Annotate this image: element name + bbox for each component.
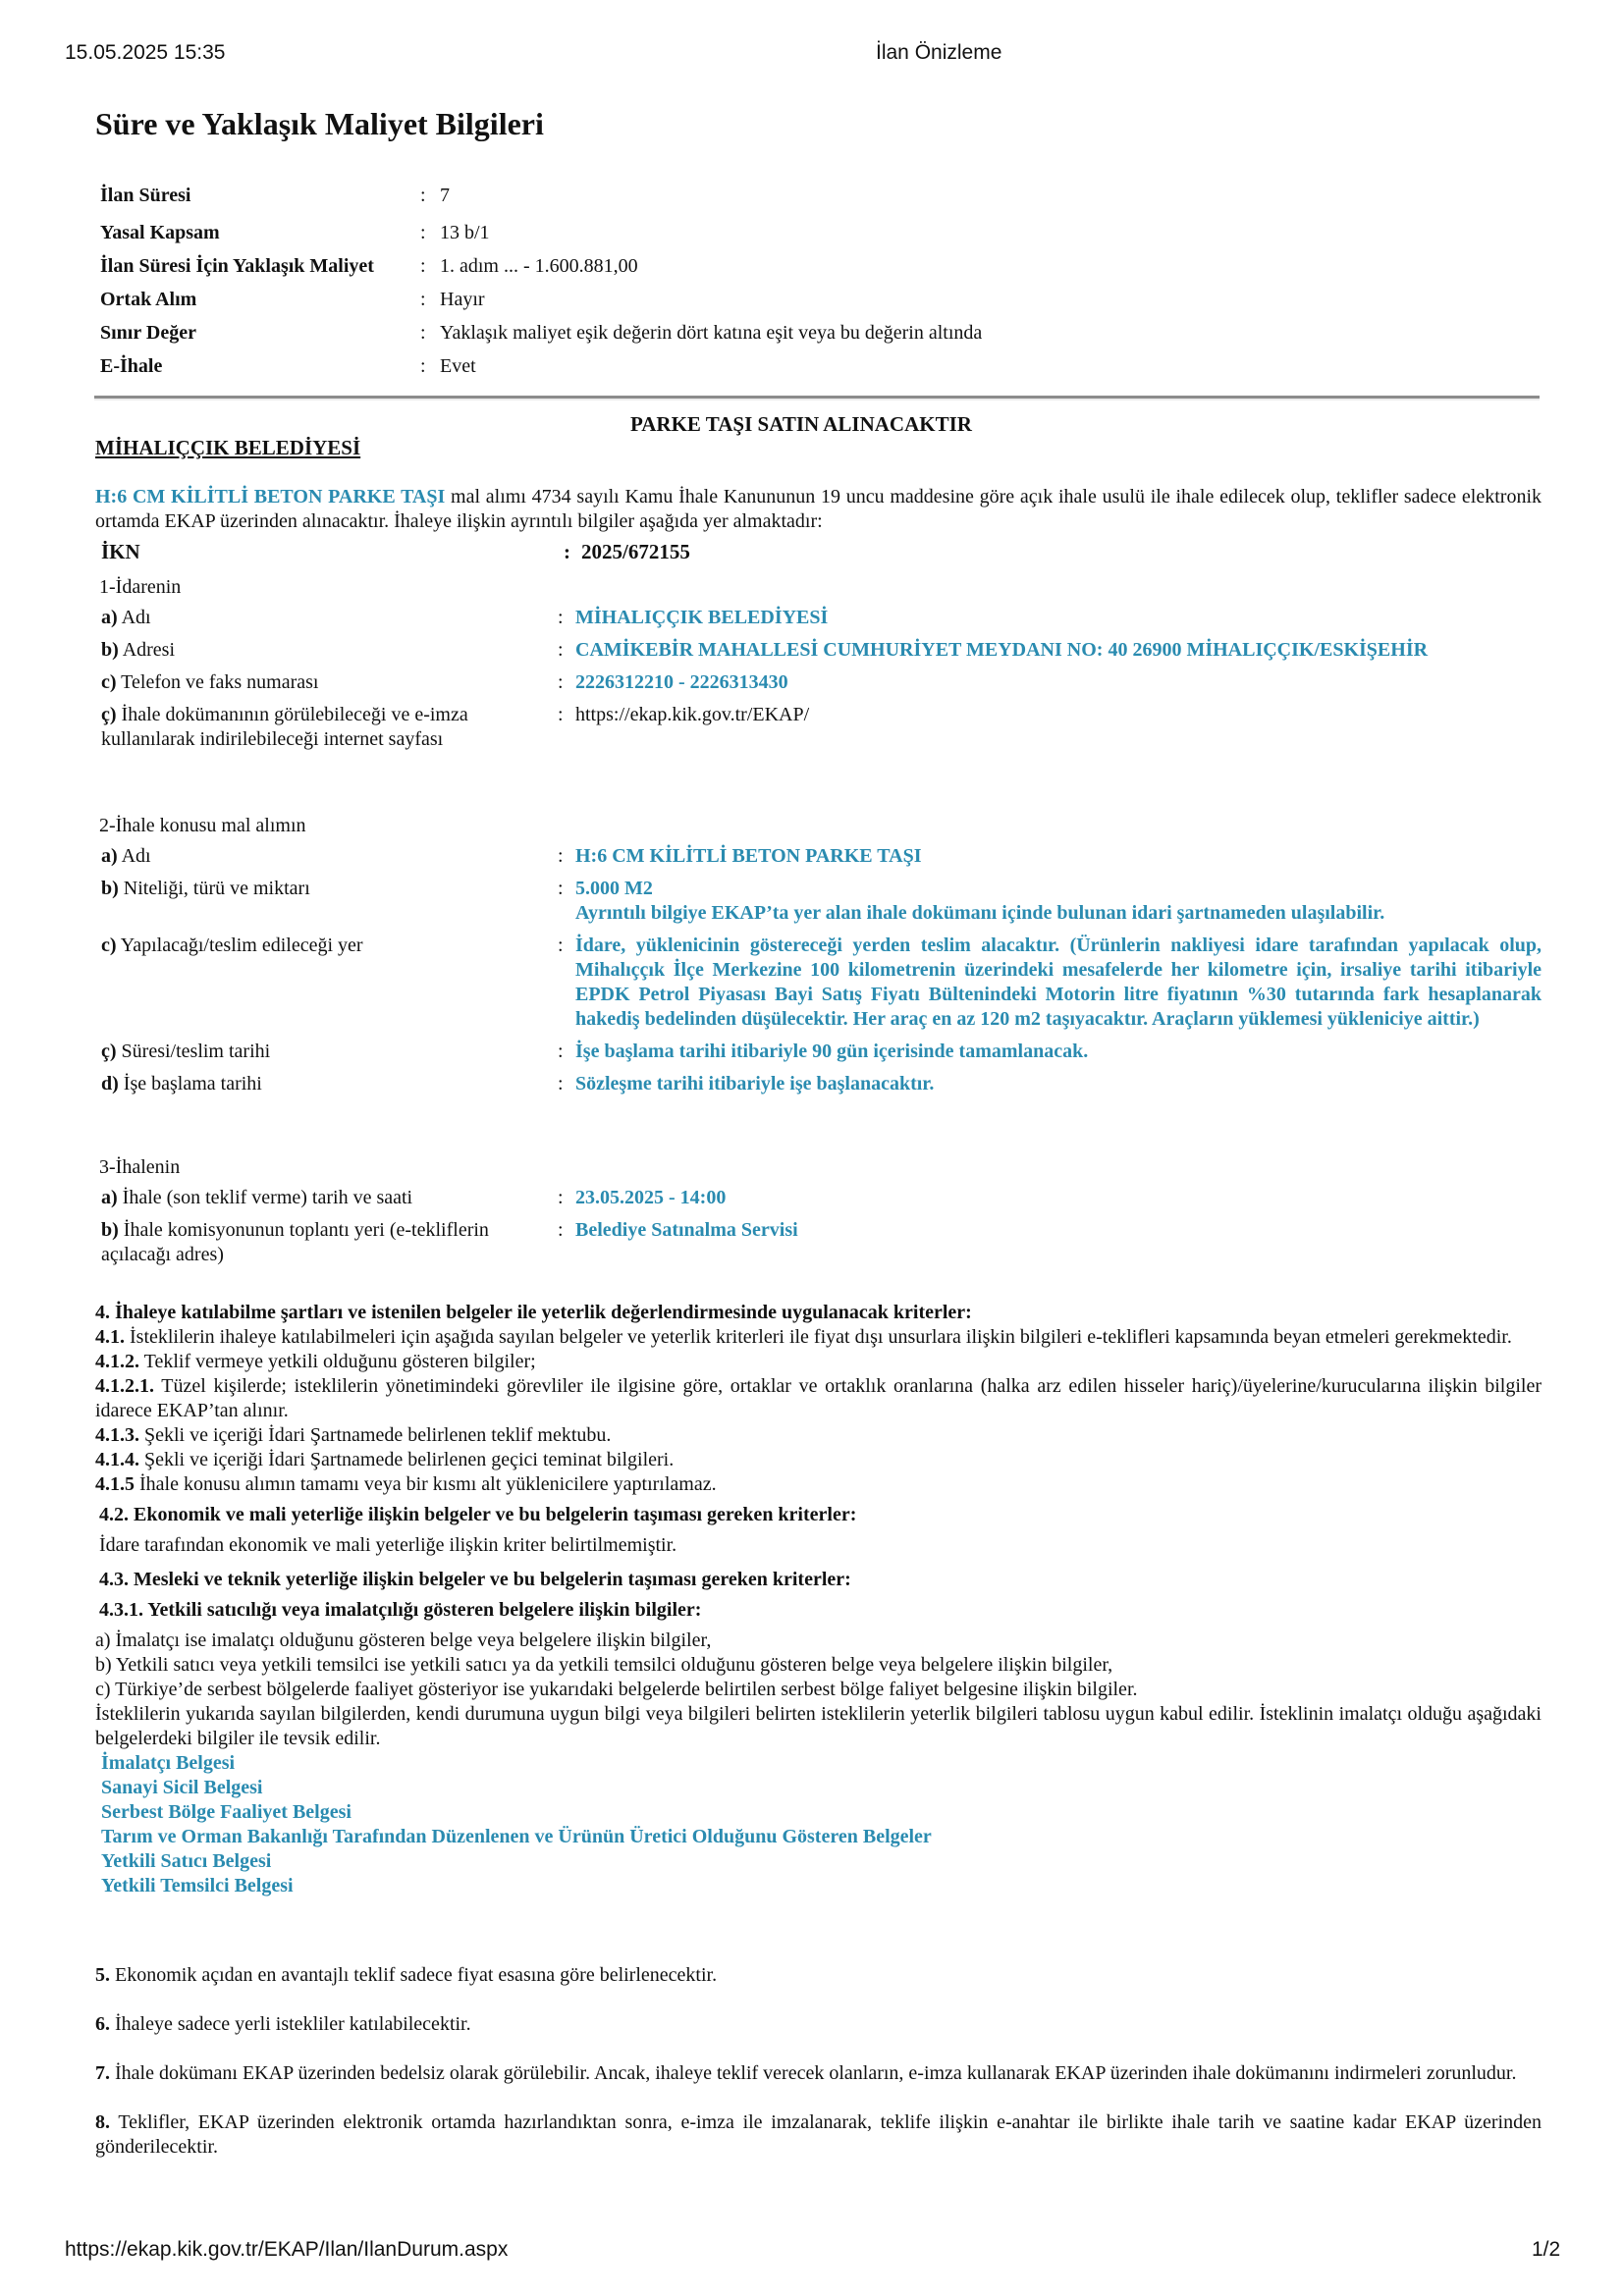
colon: :	[558, 1186, 575, 1210]
item-prefix: a)	[101, 607, 118, 628]
print-page-number: 1/2	[1532, 2238, 1560, 2262]
colon: :	[558, 703, 575, 752]
section-3: 3-İhalenin a) İhale (son teklif verme) t…	[95, 1152, 1542, 1271]
section-title: 2-İhale konusu mal alımın	[95, 811, 1542, 840]
colon: :	[558, 638, 575, 663]
section-item: d) İşe başlama tarihi:Sözleşme tarihi it…	[95, 1068, 1542, 1100]
item-prefix: ç)	[101, 1041, 117, 1062]
clause-number: 8.	[95, 2111, 110, 2133]
clause: 7. İhale dokümanı EKAP üzerinden bedelsi…	[95, 2061, 1542, 2086]
clause-text: Tüzel kişilerde; isteklilerin yönetimind…	[95, 1375, 1542, 1421]
clause-number: 4.1.3.	[95, 1424, 139, 1446]
ikn-row: İKN:2025/672155	[95, 537, 1542, 566]
section-item: ç) Süresi/teslim tarihi:İşe başlama tari…	[95, 1036, 1542, 1068]
criteria-line: b) Yetkili satıcı veya yetkili temsilci …	[95, 1653, 1542, 1678]
colon: :	[558, 877, 575, 926]
section-1: İKN:2025/672155 1-İdarenin a) Adı:MİHALI…	[95, 537, 1542, 756]
colon: :	[558, 934, 575, 1032]
section-4-3-heading: 4.3. Mesleki ve teknik yeterliğe ilişkin…	[95, 1568, 1542, 1592]
item-label-text: Yapılacağı/teslim edileceği yer	[117, 934, 363, 956]
item-prefix: d)	[101, 1073, 119, 1095]
summary-row: Ortak Alım:Hayır	[100, 283, 1180, 316]
section-title: 1-İdarenin	[95, 572, 1542, 602]
summary-value: 1. adım ... - 1.600.881,00	[440, 255, 1180, 278]
clause: 5. Ekonomik açıdan en avantajlı teklif s…	[95, 1963, 1542, 1988]
colon: :	[558, 1072, 575, 1096]
colon: :	[558, 606, 575, 630]
item-label-text: Adı	[118, 845, 151, 867]
clause: 4.1. İsteklilerin ihaleye katılabilmeler…	[95, 1325, 1542, 1350]
clause-number: 6.	[95, 2013, 110, 2035]
heading-number: 4.	[95, 1302, 110, 1323]
summary-table: İlan Süresi:7 Yasal Kapsam:13 b/1 İlan S…	[100, 175, 1180, 383]
colon: :	[420, 255, 440, 278]
section-4: 4. İhaleye katılabilme şartları ve isten…	[95, 1301, 1542, 1898]
print-page-title: İlan Önizleme	[876, 41, 1001, 65]
item-label: d) İşe başlama tarihi	[101, 1072, 558, 1096]
ekap-url[interactable]: https://ekap.kik.gov.tr/EKAP/	[575, 703, 1542, 752]
section-item: c) Yapılacağı/teslim edileceği yer:İdare…	[95, 930, 1542, 1036]
clause-text: İhale dokümanı EKAP üzerinden bedelsiz o…	[110, 2062, 1516, 2084]
clause: 6. İhaleye sadece yerli istekliler katıl…	[95, 2012, 1542, 2037]
clause-number: 4.1.4.	[95, 1449, 139, 1470]
item-value: 2226312210 - 2226313430	[575, 670, 1542, 695]
document-item: Yetkili Satıcı Belgesi	[101, 1849, 1542, 1874]
item-label-text: Adresi	[119, 639, 175, 661]
clause: 4.1.4. Şekli ve içeriği İdari Şartnamede…	[95, 1448, 1542, 1472]
colon: :	[420, 322, 440, 345]
item-value: Belediye Satınalma Servisi	[575, 1218, 1542, 1267]
ikn-value: 2025/672155	[581, 540, 690, 564]
document-item: Serbest Bölge Faaliyet Belgesi	[101, 1800, 1542, 1825]
colon: :	[558, 1218, 575, 1267]
item-prefix: c)	[101, 671, 117, 693]
section-4-heading: 4. İhaleye katılabilme şartları ve isten…	[95, 1301, 1542, 1325]
quantity: 5.000 M2	[575, 877, 1542, 901]
colon: :	[420, 355, 440, 378]
clause: 4.1.3. Şekli ve içeriği İdari Şartnamede…	[95, 1423, 1542, 1448]
clause: 8. Teklifler, EKAP üzerinden elektronik …	[95, 2110, 1542, 2160]
item-prefix: c)	[101, 934, 117, 956]
item-prefix: ç)	[101, 704, 117, 725]
item-label: a) Adı	[101, 606, 558, 630]
colon: :	[420, 289, 440, 311]
clause-number: 7.	[95, 2062, 110, 2084]
section-item: c) Telefon ve faks numarası:2226312210 -…	[95, 667, 1542, 699]
criteria-line: c) Türkiye’de serbest bölgelerde faaliye…	[95, 1678, 1542, 1702]
section-item: b) Adresi:CAMİKEBİR MAHALLESİ CUMHURİYET…	[95, 634, 1542, 667]
item-prefix: b)	[101, 878, 119, 899]
item-label-text: Adı	[118, 607, 151, 628]
intro-paragraph: H:6 CM KİLİTLİ BETON PARKE TAŞI mal alım…	[95, 485, 1542, 534]
section-item: a) Adı:H:6 CM KİLİTLİ BETON PARKE TAŞI	[95, 840, 1542, 873]
tender-datetime: 23.05.2025 - 14:00	[575, 1186, 1542, 1210]
item-label-text: Niteliği, türü ve miktarı	[119, 878, 310, 899]
clause-text: İhaleye sadece yerli istekliler katılabi…	[110, 2013, 471, 2035]
document-list: İmalatçı Belgesi Sanayi Sicil Belgesi Se…	[95, 1751, 1542, 1898]
item-value: H:6 CM KİLİTLİ BETON PARKE TAŞI	[575, 844, 1542, 869]
clause-number: 4.1.	[95, 1326, 125, 1348]
clause-text: İsteklilerin ihaleye katılabilmeleri içi…	[125, 1326, 1512, 1348]
announcement-title: PARKE TAŞI SATIN ALINACAKTIR	[630, 412, 972, 437]
summary-label: İlan Süresi	[100, 185, 420, 207]
summary-label: İlan Süresi İçin Yaklaşık Maliyet	[100, 255, 420, 278]
item-label: b) Niteliği, türü ve miktarı	[101, 877, 558, 926]
colon: :	[558, 670, 575, 695]
clause-text: Şekli ve içeriği İdari Şartnamede belirl…	[139, 1449, 674, 1470]
heading-text: İhaleye katılabilme şartları ve istenile…	[110, 1302, 972, 1323]
clause-number: 4.1.5	[95, 1473, 135, 1495]
criteria-line: İsteklilerin yukarıda sayılan bilgilerde…	[95, 1702, 1542, 1751]
summary-value: 13 b/1	[440, 222, 1180, 244]
ikn-label: İKN	[95, 540, 564, 564]
quantity-note: Ayrıntılı bilgiye EKAP’ta yer alan ihale…	[575, 901, 1542, 926]
item-label: c) Yapılacağı/teslim edileceği yer	[101, 934, 558, 1032]
summary-row: İlan Süresi İçin Yaklaşık Maliyet:1. adı…	[100, 249, 1180, 283]
item-value: MİHALIÇÇIK BELEDİYESİ	[575, 606, 1542, 630]
colon: :	[564, 540, 581, 564]
section-title: 3-İhalenin	[95, 1152, 1542, 1182]
item-label-text: Telefon ve faks numarası	[117, 671, 319, 693]
item-label-text: İhale (son teklif verme) tarih ve saati	[118, 1187, 412, 1208]
clause: 4.1.5 İhale konusu alımın tamamı veya bi…	[95, 1472, 1542, 1497]
section-item: a) Adı:MİHALIÇÇIK BELEDİYESİ	[95, 602, 1542, 634]
item-value: İşe başlama tarihi itibariyle 90 gün içe…	[575, 1040, 1542, 1064]
clause-text: Ekonomik açıdan en avantajlı teklif sade…	[110, 1964, 717, 1986]
section-2: 2-İhale konusu mal alımın a) Adı:H:6 CM …	[95, 811, 1542, 1100]
summary-row: İlan Süresi:7	[100, 175, 1180, 216]
clause-number: 4.1.2.	[95, 1351, 139, 1372]
item-value: 5.000 M2Ayrıntılı bilgiye EKAP’ta yer al…	[575, 877, 1542, 926]
item-label: ç) İhale dokümanının görülebileceği ve e…	[101, 703, 558, 752]
item-prefix: b)	[101, 639, 119, 661]
section-4-2-text: İdare tarafından ekonomik ve mali yeterl…	[95, 1533, 1542, 1558]
colon: :	[558, 1040, 575, 1064]
clause-text: Teklif vermeye yetkili olduğunu gösteren…	[139, 1351, 536, 1372]
section-item: b) İhale komisyonunun toplantı yeri (e-t…	[95, 1214, 1542, 1271]
summary-label: Yasal Kapsam	[100, 222, 420, 244]
summary-label: E-İhale	[100, 355, 420, 378]
summary-label: Ortak Alım	[100, 289, 420, 311]
item-value: CAMİKEBİR MAHALLESİ CUMHURİYET MEYDANI N…	[575, 638, 1542, 663]
item-label: a) Adı	[101, 844, 558, 869]
colon: :	[420, 185, 440, 207]
separator	[94, 396, 1540, 400]
summary-row: Sınır Değer:Yaklaşık maliyet eşik değeri…	[100, 316, 1180, 349]
item-label: b) İhale komisyonunun toplantı yeri (e-t…	[101, 1218, 558, 1267]
summary-value: Yaklaşık maliyet eşik değerin dört katın…	[440, 322, 1180, 345]
clause-text: Şekli ve içeriği İdari Şartnamede belirl…	[139, 1424, 611, 1446]
document-item: Yetkili Temsilci Belgesi	[101, 1874, 1542, 1898]
section-item: a) İhale (son teklif verme) tarih ve saa…	[95, 1182, 1542, 1214]
summary-value: 7	[440, 185, 1180, 207]
item-value: Sözleşme tarihi itibariyle işe başlanaca…	[575, 1072, 1542, 1096]
page-title: Süre ve Yaklaşık Maliyet Bilgileri	[95, 106, 544, 142]
item-label: ç) Süresi/teslim tarihi	[101, 1040, 558, 1064]
clause: 4.1.2.1. Tüzel kişilerde; isteklilerin y…	[95, 1374, 1542, 1423]
section-4-2-heading: 4.2. Ekonomik ve mali yeterliğe ilişkin …	[95, 1503, 1542, 1527]
colon: :	[420, 222, 440, 244]
clause-text: Teklifler, EKAP üzerinden elektronik ort…	[95, 2111, 1542, 2158]
summary-label: Sınır Değer	[100, 322, 420, 345]
criteria-line: a) İmalatçı ise imalatçı olduğunu göster…	[95, 1629, 1542, 1653]
item-label-text: İşe başlama tarihi	[119, 1073, 262, 1095]
colon: :	[558, 844, 575, 869]
item-prefix: a)	[101, 1187, 118, 1208]
item-label-text: İhale komisyonunun toplantı yeri (e-tekl…	[101, 1219, 489, 1265]
clause-text: İhale konusu alımın tamamı veya bir kısm…	[135, 1473, 717, 1495]
organization-heading: MİHALIÇÇIK BELEDİYESİ	[95, 436, 360, 460]
item-prefix: b)	[101, 1219, 119, 1241]
item-label: b) Adresi	[101, 638, 558, 663]
clause-number: 4.1.2.1.	[95, 1375, 154, 1397]
item-label-text: Süresi/teslim tarihi	[117, 1041, 271, 1062]
section-item: b) Niteliği, türü ve miktarı:5.000 M2Ayr…	[95, 873, 1542, 930]
summary-row: E-İhale:Evet	[100, 349, 1180, 383]
document-item: Sanayi Sicil Belgesi	[101, 1776, 1542, 1800]
section-4-3-1-heading: 4.3.1. Yetkili satıcılığı veya imalatçıl…	[95, 1598, 1542, 1623]
item-value: İdare, yüklenicinin göstereceği yerden t…	[575, 934, 1542, 1032]
clause-number: 5.	[95, 1964, 110, 1986]
section-item: ç) İhale dokümanının görülebileceği ve e…	[95, 699, 1542, 756]
print-footer-url: https://ekap.kik.gov.tr/EKAP/Ilan/IlanDu…	[65, 2238, 508, 2262]
summary-value: Hayır	[440, 289, 1180, 311]
print-datetime: 15.05.2025 15:35	[65, 41, 226, 65]
document-item: İmalatçı Belgesi	[101, 1751, 1542, 1776]
item-label: c) Telefon ve faks numarası	[101, 670, 558, 695]
summary-row: Yasal Kapsam:13 b/1	[100, 216, 1180, 249]
closing-clauses: 5. Ekonomik açıdan en avantajlı teklif s…	[95, 1963, 1542, 2184]
item-label: a) İhale (son teklif verme) tarih ve saa…	[101, 1186, 558, 1210]
item-label-text: İhale dokümanının görülebileceği ve e-im…	[101, 704, 468, 750]
intro-highlight: H:6 CM KİLİTLİ BETON PARKE TAŞI	[95, 486, 445, 507]
document-item: Tarım ve Orman Bakanlığı Tarafından Düze…	[101, 1825, 1542, 1849]
item-prefix: a)	[101, 845, 118, 867]
clause: 4.1.2. Teklif vermeye yetkili olduğunu g…	[95, 1350, 1542, 1374]
summary-value: Evet	[440, 355, 1180, 378]
